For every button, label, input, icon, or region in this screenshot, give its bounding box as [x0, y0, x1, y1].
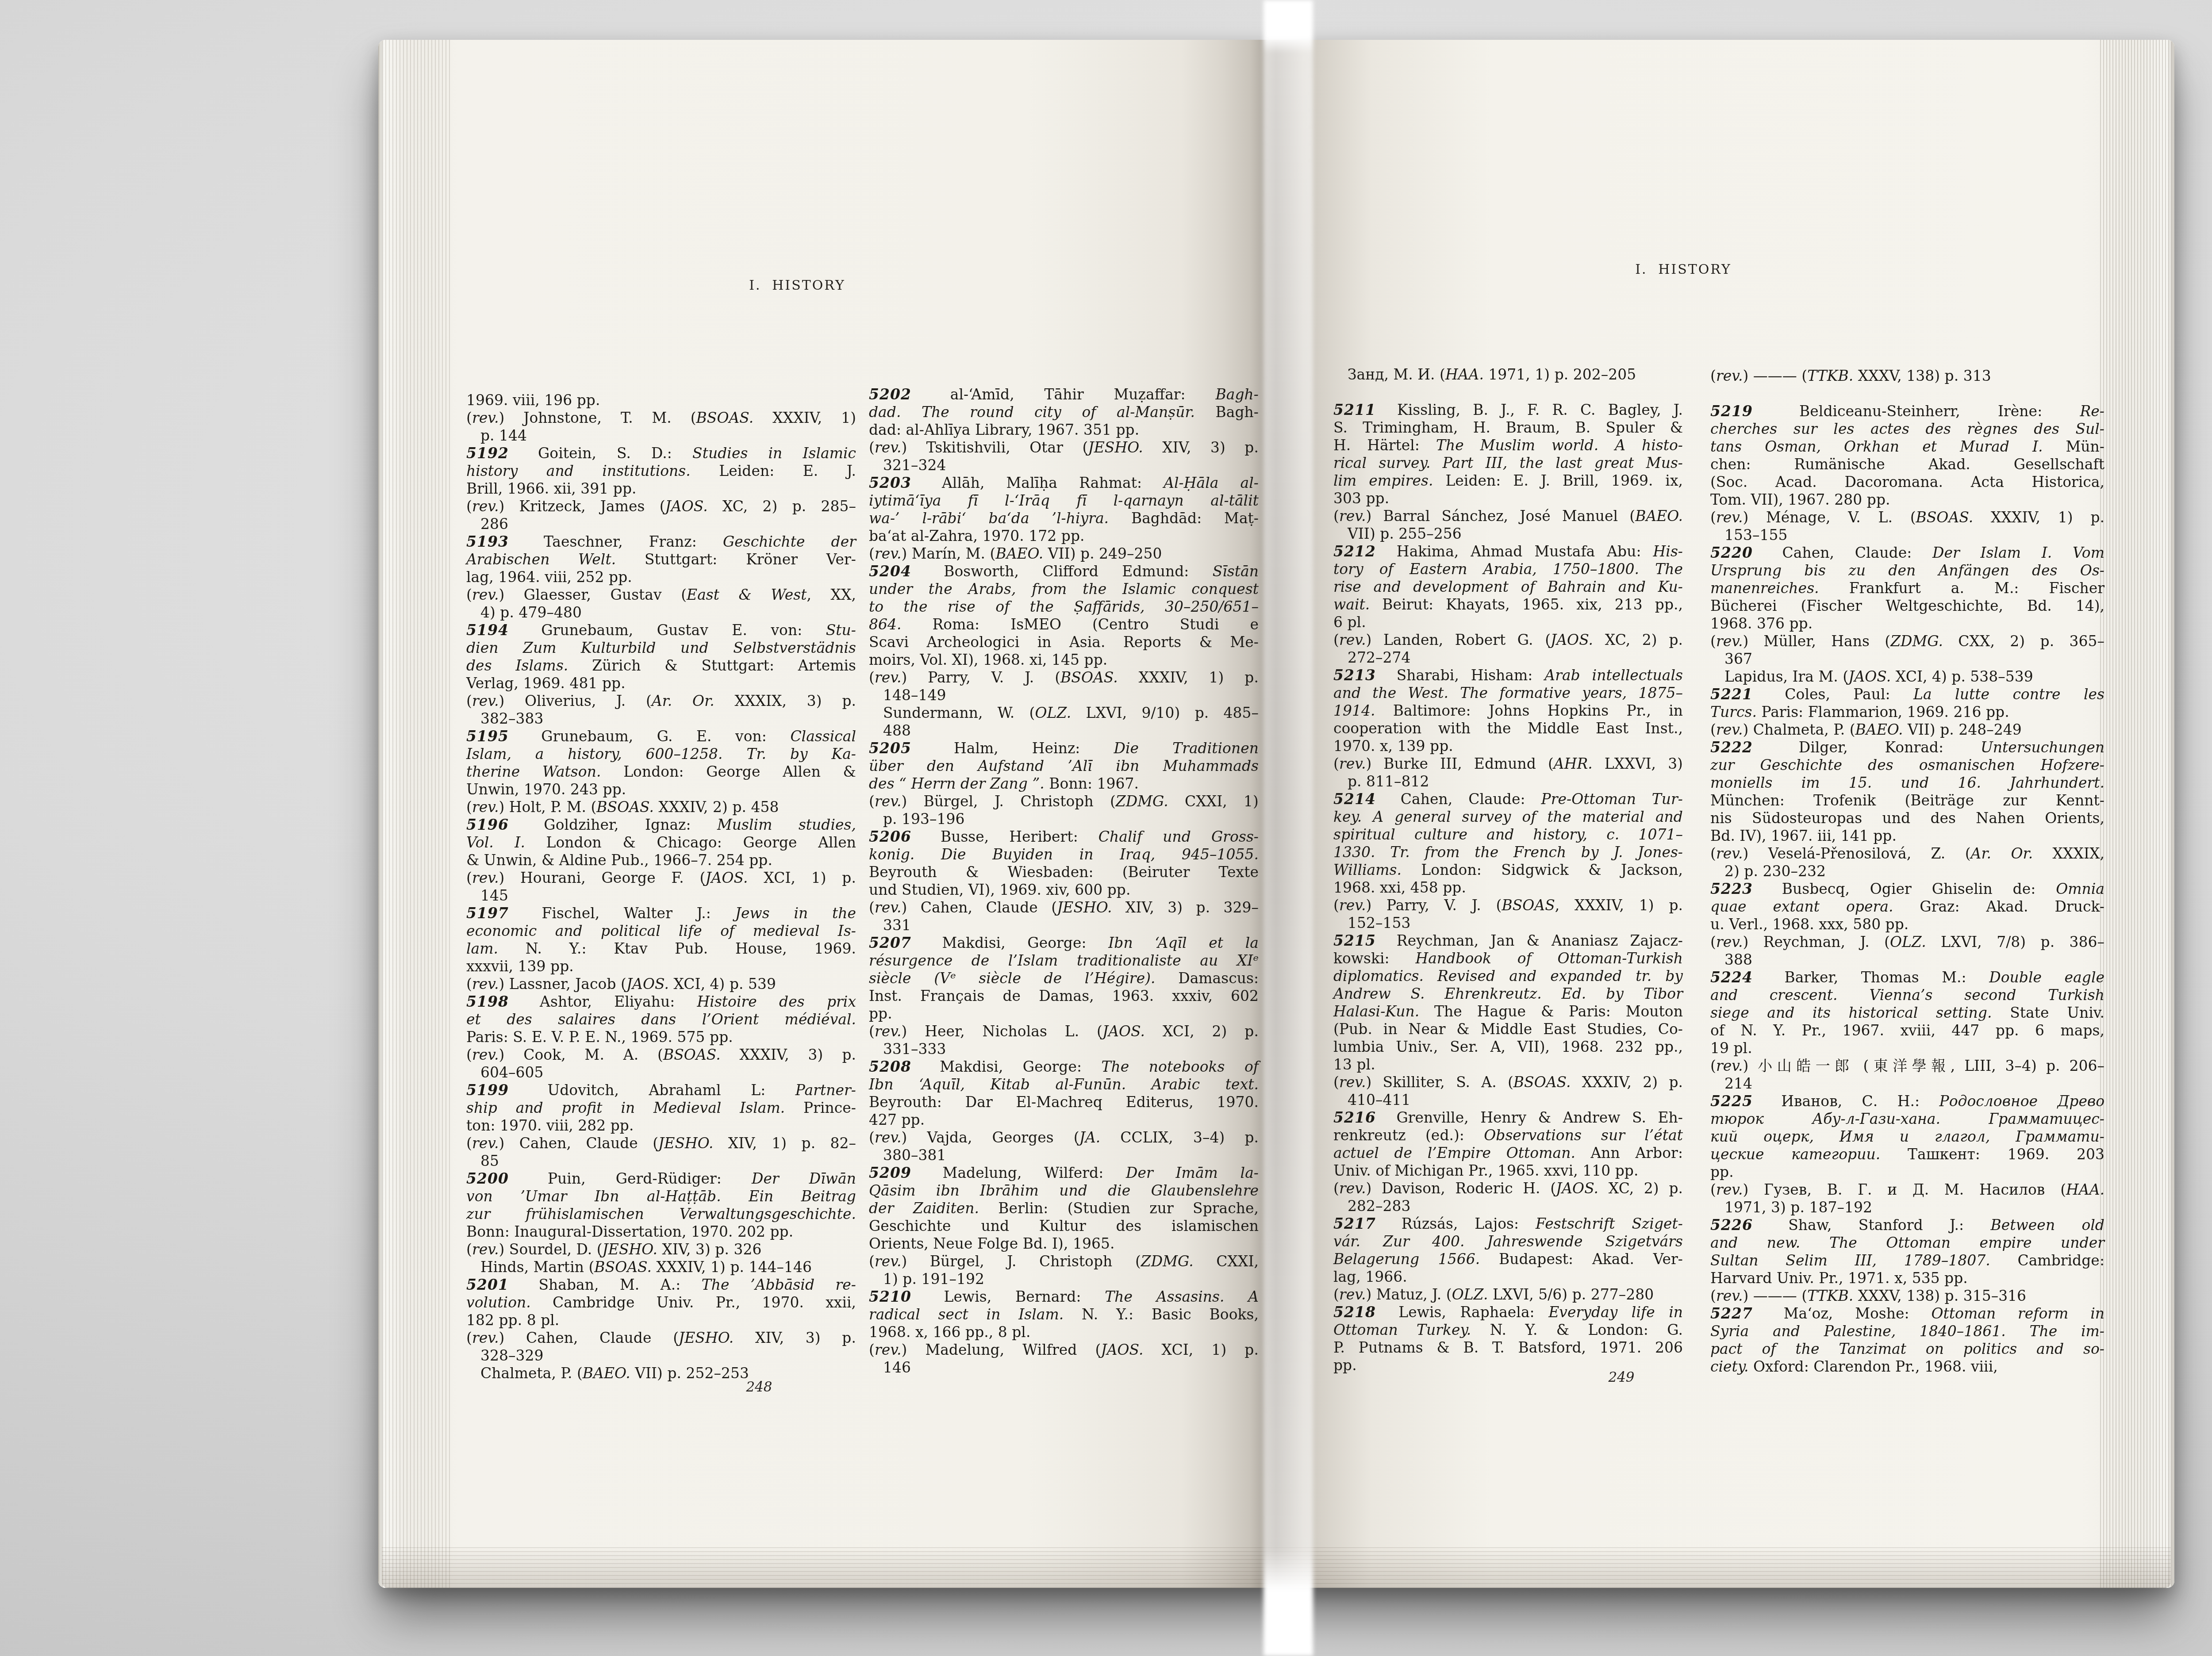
entry-number: 5210	[869, 1288, 911, 1305]
plain-text: 13 pl.	[1333, 1056, 1375, 1073]
italic-text: pact of the Tanzimat on politics and so-	[1710, 1340, 2104, 1357]
plain-text: LXXVI, 3)	[1593, 755, 1683, 772]
text-line: and new. The Ottoman empire under	[1710, 1234, 2104, 1252]
left-page-edge-stack	[378, 40, 453, 1588]
plain-text: moirs, Vol. XI), 1968. xi, 145 pp.	[869, 651, 1107, 668]
text-line: ba‘at al-Zahra, 1970. 172 pp.	[869, 527, 1259, 545]
plain-text: Unwin, 1970. 243 pp.	[466, 781, 626, 798]
plain-text: ) Heer, Nicholas L. (	[901, 1023, 1102, 1040]
text-line: (rev.) Johnstone, T. M. (BSOAS. XXXIV, 1…	[466, 409, 856, 427]
entry-number: 5200	[466, 1170, 509, 1187]
text-line: (rev.) Reychman, J. (OLZ. LXVI, 7/8) p. …	[1710, 933, 2104, 951]
italic-text: BAEO.	[1635, 507, 1683, 525]
plain-text: 4) p. 479–480	[480, 604, 582, 621]
entry-first-line: 5208 Makdisi, George: The notebooks of	[869, 1058, 1259, 1076]
plain-text: XIV, 3) p.	[733, 1329, 856, 1346]
plain-text: ) Cahen, Claude (	[499, 1135, 658, 1152]
plain-text: ) Vajda, Georges (	[901, 1129, 1079, 1146]
italic-text: and new. The Ottoman empire under	[1710, 1234, 2104, 1251]
text-line: (rev.) Cook, M. A. (BSOAS. XXXIV, 3) p.	[466, 1046, 856, 1064]
italic-text: and the West. The formative years, 1875–	[1333, 684, 1683, 701]
entry-first-line: 5209 Madelung, Wilferd: Der Imām la-	[869, 1164, 1259, 1182]
right-page-column-1: Занд, М. И. (HAA. 1971, 1) p. 202–205521…	[1327, 366, 1683, 1374]
italic-text: BSOAS.	[1513, 1073, 1571, 1091]
plain-text: Oxford: Clarendon Pr., 1968. viii,	[1749, 1358, 1998, 1375]
entry-number: 5195	[466, 728, 509, 745]
italic-text: AHR.	[1554, 755, 1593, 772]
text-line: über den Aufstand ’Alī ibn Muhammads	[869, 757, 1259, 775]
text-line: (rev.) 小山皓一郎 (東洋學報, LIII, 3–4) p. 206–	[1710, 1057, 2104, 1075]
plain-text: (	[466, 869, 472, 886]
italic-text: Bagh-	[1216, 386, 1259, 403]
text-line: manenreiches. Frankfurt a. M.: Fischer	[1710, 579, 2104, 597]
plain-text: (	[869, 439, 875, 456]
italic-text: Re-	[2080, 402, 2104, 420]
italic-text: Histoire des prix	[697, 993, 856, 1010]
plain-text: München: Trofenik (Beiträge zur Kennt-	[1710, 792, 2104, 809]
plain-text: XIV, 3) p.	[1143, 439, 1259, 456]
plain-text: (	[466, 586, 472, 603]
text-line: (rev.) Cahen, Claude (JESHO. XIV, 3) p. …	[869, 899, 1259, 916]
right-page-number: 249	[1608, 1369, 1634, 1385]
plain-text: 1971, 3) p. 187–192	[1724, 1199, 1872, 1216]
plain-text: (	[1333, 631, 1339, 648]
plain-text: p. 811–812	[1348, 773, 1429, 790]
text-line: siege and its historical setting. State …	[1710, 1004, 2104, 1022]
text-line: cooperation with the Middle East Inst.,	[1333, 720, 1683, 737]
italic-text: Ottoman Turkey.	[1333, 1321, 1471, 1338]
entry-first-line: 5220 Cahen, Claude: Der Islam I. Vom	[1710, 544, 2104, 562]
plain-text: p. 193–196	[883, 810, 965, 828]
text-line: chen: Rumänische Akad. Gesellschaft	[1710, 456, 2104, 473]
text-line: (rev.) Oliverius, J. (Ar. Or. XXXIX, 3) …	[466, 692, 856, 710]
text-line: (rev.) Landen, Robert G. (JAOS. XC, 2) p…	[1333, 631, 1683, 649]
text-line: renkreutz (ed.): Observations sur l’état	[1333, 1127, 1683, 1144]
plain-text: 152–153	[1348, 914, 1410, 931]
plain-text: Prince-	[785, 1099, 856, 1116]
entry-number: 5221	[1710, 686, 1753, 703]
entry-first-line: 5218 Lewis, Raphaela: Everyday life in	[1333, 1303, 1683, 1321]
text-line: кий оцерк, Имя и глагол, Граммати-	[1710, 1128, 2104, 1146]
plain-text: Bosworth, Clifford Edmund:	[920, 563, 1213, 580]
plain-text: Univ. of Michigan Pr., 1965. xxvi, 110 p…	[1333, 1162, 1638, 1179]
plain-text: (	[466, 975, 472, 993]
text-line: Vol. I. London & Chicago: George Allen	[466, 834, 856, 851]
text-line: diplomatics. Revised and expanded tr. by	[1333, 967, 1683, 985]
italic-text: ZDMG.	[1141, 1253, 1194, 1270]
italic-text: rev.	[472, 409, 499, 426]
plain-text: und Studien, VI), 1969. xiv, 600 pp.	[869, 881, 1130, 898]
italic-text: and crescent. Vienna’s second Turkish	[1710, 986, 2104, 1004]
text-line: Beyrouth: Dar El-Machreq Editerus, 1970.	[869, 1093, 1259, 1111]
text-line: 604–605	[480, 1064, 856, 1081]
text-line: 145	[480, 887, 856, 905]
text-line: 367	[1724, 650, 2104, 668]
text-line: 4) p. 479–480	[480, 604, 856, 621]
plain-text: (	[1333, 507, 1339, 525]
plain-text: ) Cahen, Claude (	[499, 1329, 679, 1346]
italic-text: цеские категории.	[1710, 1146, 1880, 1163]
italic-text: JAOS.	[1101, 1341, 1143, 1358]
plain-text: XXXV, 138) p. 313	[1853, 367, 1991, 384]
text-line: 427 pp.	[869, 1111, 1259, 1129]
plain-text: 153–155	[1724, 526, 1787, 544]
entry-first-line: 5224 Barker, Thomas M.: Double eagle	[1710, 969, 2104, 986]
text-line: цеские категории. Ташкент: 1969. 203	[1710, 1146, 2104, 1163]
plain-text: XXXIV, 1) p.	[1118, 669, 1259, 686]
entry-first-line: 5200 Puin, Gerd-Rüdiger: Der Dīwān	[466, 1170, 856, 1188]
text-line: under the Arabs, from the Islamic conque…	[869, 580, 1259, 598]
text-line: Tom. VII), 1967. 280 pp.	[1710, 491, 2104, 509]
plain-text: ) Johnstone, T. M. (	[499, 409, 696, 426]
text-line: (rev.) Гузев, В. Г. и Д. М. Насилов (HAA…	[1710, 1181, 2104, 1199]
italic-text: rise and development of Bahrain and Ku-	[1333, 578, 1683, 595]
text-line: 19 pl.	[1710, 1039, 2104, 1057]
plain-text: 303 pp.	[1333, 490, 1389, 507]
plain-text: 182 pp. 8 pl.	[466, 1311, 559, 1329]
text-line: moniells im 15. und 16. Jahrhundert.	[1710, 774, 2104, 792]
italic-text: 1914.	[1333, 702, 1375, 719]
italic-text: Der Dīwān	[752, 1170, 856, 1187]
text-line: dien Zum Kulturbild und Selbstverstädnis	[466, 639, 856, 657]
text-line: rical survey. Part III, the last great M…	[1333, 454, 1683, 472]
text-line: (rev.) Bürgel, J. Christoph (ZDMG. CXXI,	[869, 1253, 1259, 1270]
italic-text: dad. The round city of al-Manṣūr.	[869, 403, 1195, 421]
plain-text: ton: 1970. viii, 282 pp.	[466, 1117, 634, 1134]
entry-first-line: 5198 Ashtor, Eliyahu: Histoire des prix	[466, 993, 856, 1011]
text-line: (rev.) Skilliter, S. A. (BSOAS. XXXIV, 2…	[1333, 1073, 1683, 1091]
text-line: vár. Zur 400. Jahreswende Szigetvárs	[1333, 1233, 1683, 1250]
italic-text: quae extant opera.	[1710, 898, 1893, 915]
text-line: Islam, a history, 600–1258. Tr. by Ka-	[466, 745, 856, 763]
entry-first-line: 5223 Busbecq, Ogier Ghiselin de: Omnia	[1710, 880, 2104, 898]
text-line: (rev.) Sourdel, D. (JESHO. XIV, 3) p. 32…	[466, 1241, 856, 1258]
text-line: (rev.) ——— (TTKB. XXXV, 138) p. 313	[1710, 367, 2104, 385]
plain-text: XXXIV, 1) p. 144–146	[652, 1258, 812, 1276]
plain-text: XC, 2) p. 285–	[708, 498, 856, 515]
italic-text: Handbook of Ottoman-Turkish	[1415, 950, 1683, 967]
text-line: wait. Beirut: Khayats, 1965. xix, 213 pp…	[1333, 596, 1683, 613]
plain-text: XCI, 1) p.	[748, 869, 856, 886]
italic-text: BSOAS.	[1916, 509, 1974, 526]
italic-text: tory of Eastern Arabia, 1750–1800. The	[1333, 560, 1683, 578]
text-line: Sundermann, W. (OLZ. LXVI, 9/10) p. 485–	[883, 704, 1259, 722]
text-line: Bd. IV), 1967. iii, 141 pp.	[1710, 827, 2104, 845]
text-line: (rev.) Davison, Roderic H. (JAOS. XC, 2)…	[1333, 1180, 1683, 1197]
text-line: Turcs. Paris: Flammarion, 1969. 216 pp.	[1710, 703, 2104, 721]
italic-text: JESHO.	[658, 1135, 713, 1152]
text-line: Univ. of Michigan Pr., 1965. xxvi, 110 p…	[1333, 1162, 1683, 1180]
plain-text: 272–274	[1348, 649, 1410, 666]
plain-text: Beyrouth & Wiesbaden: (Beiruter Texte	[869, 863, 1259, 881]
plain-text: Leiden: E. J. Brill, 1969. ix,	[1433, 472, 1683, 489]
plain-text: 410–411	[1348, 1091, 1410, 1108]
entry-number: 5196	[466, 816, 509, 833]
entry-first-line: 5197 Fischel, Walter J.: Jews in the	[466, 905, 856, 922]
italic-text: Der Imām la-	[1126, 1164, 1259, 1181]
italic-text: Vol. I.	[466, 834, 525, 851]
plain-text: Tom. VII), 1967. 280 pp.	[1710, 491, 1890, 508]
plain-text: p. 144	[480, 427, 527, 444]
plain-text: XCI, 1) p.	[1143, 1341, 1259, 1358]
italic-text: Родословное Древо	[1939, 1092, 2105, 1110]
plain-text: (	[1333, 1180, 1339, 1197]
italic-text: rev.	[1339, 631, 1366, 648]
plain-text: Grunebaum, Gustav E. von:	[518, 621, 826, 639]
plain-text: ) Holt, P. M. (	[499, 798, 596, 816]
plain-text: ) Veselá-Přenosilová, Z. (	[1743, 845, 1970, 862]
plain-text: (	[869, 1341, 875, 1358]
italic-text: wa-’ l-rābi‘ ba‘da ’l-hiyra.	[869, 510, 1109, 527]
italic-text: rev.	[1716, 721, 1743, 738]
plain-text: Lewis, Bernard:	[920, 1288, 1105, 1305]
text-line: Bücherei (Fischer Weltgeschichte, Bd. 14…	[1710, 597, 2104, 615]
italic-text: BSOAS	[1502, 897, 1555, 914]
text-line: lag, 1966.	[1333, 1268, 1683, 1286]
italic-text: Ottoman reform in	[1931, 1305, 2104, 1322]
plain-text: ) Sourdel, D. (	[499, 1241, 602, 1258]
plain-text: Sharabi, Hisham:	[1385, 667, 1544, 684]
text-line: xxxvii, 139 pp.	[466, 958, 856, 975]
text-line: 1) p. 191–192	[883, 1270, 1259, 1288]
italic-text: HAA.	[2066, 1181, 2104, 1198]
entry-number: 5207	[869, 934, 911, 951]
plain-text: 1969. viii, 196 pp.	[466, 391, 600, 409]
italic-text: cherches sur les actes des règnes des Su…	[1710, 420, 2104, 437]
italic-text: Die Traditionen	[1114, 740, 1259, 757]
text-line: 388	[1724, 951, 2104, 969]
text-line: (rev.) Heer, Nicholas L. (JAOS. XCI, 2) …	[869, 1023, 1259, 1040]
text-line: lumbia Univ., Ser. A, VII), 1968. 232 pp…	[1333, 1038, 1683, 1056]
plain-text: Grunebaum, G. E. von:	[518, 728, 791, 745]
plain-text: 282–283	[1348, 1197, 1410, 1215]
entry-first-line: 5193 Taeschner, Franz: Geschichte der	[466, 533, 856, 551]
text-line: der Zaiditen. Berlin: (Studien zur Sprac…	[869, 1200, 1259, 1217]
text-line: 382–383	[480, 710, 856, 728]
entry-number: 5203	[869, 474, 911, 491]
plain-text: Cahen, Claude:	[1385, 790, 1541, 808]
italic-text: ship and profit in Medieval Islam.	[466, 1099, 785, 1116]
right-running-head: I. HISTORY	[1635, 262, 1732, 277]
italic-text: siècle (Vᵉ siècle de l’Hégire).	[869, 970, 1156, 987]
entry-number: 5199	[466, 1081, 509, 1099]
plain-text: cooperation with the Middle East Inst.,	[1333, 720, 1683, 737]
plain-text: London: George Allen &	[601, 763, 856, 780]
plain-text: 6 pl.	[1333, 613, 1366, 631]
text-line: pact of the Tanzimat on politics and so-	[1710, 1340, 2104, 1358]
plain-text: N. Y.: Basic Books,	[1064, 1306, 1259, 1323]
italic-text: zur Geschichte des osmanischen Hofzere-	[1710, 756, 2104, 774]
plain-text: ) Kritzeck, James (	[499, 498, 665, 515]
italic-text: JAOS.	[626, 975, 669, 993]
plain-text: XXXIV, 2) p. 458	[654, 798, 779, 816]
entry-first-line: 5211 Kissling, B. J., F. R. C. Bagley, J…	[1333, 401, 1683, 419]
plain-text: Goldziher, Ignaz:	[518, 816, 717, 833]
italic-text: JA.	[1079, 1129, 1101, 1146]
entry-first-line: 5201 Shaban, M. A.: The ’Abbāsid re-	[466, 1276, 856, 1294]
italic-text: BSOAS.	[596, 798, 654, 816]
plain-text: 1968. x, 166 pp., 8 pl.	[869, 1323, 1030, 1341]
text-line: Geschichte und Kultur des islamischen	[869, 1217, 1259, 1235]
italic-text: siege and its historical setting.	[1710, 1004, 1992, 1021]
plain-text: (	[466, 692, 472, 709]
plain-text: (	[1710, 1181, 1716, 1198]
plain-text: ) ——— (	[1743, 367, 1807, 384]
plain-text: 1970. x, 139 pp.	[1333, 737, 1453, 755]
text-line: lim empires. Leiden: E. J. Brill, 1969. …	[1333, 472, 1683, 490]
italic-text: rev.	[875, 899, 902, 916]
text-line: rise and development of Bahrain and Ku-	[1333, 578, 1683, 596]
text-line: history and institutions. Leiden: E. J.	[466, 462, 856, 480]
italic-text: rev.	[472, 586, 499, 603]
text-line: (rev.) Parry, V. J. (BSOAS, XXXIV, 1) p.	[1333, 897, 1683, 914]
plain-text: Beirut: Khayats, 1965. xix, 213 pp.,	[1370, 596, 1683, 613]
italic-text: JAOS.	[1102, 1023, 1145, 1040]
italic-text: iytimā‘īya fī l-‘Irāq fī l-qarnayn al-tā…	[869, 492, 1259, 509]
plain-text: Graz: Akad. Druck-	[1893, 898, 2104, 915]
plain-text: 604–605	[480, 1064, 543, 1081]
plain-text: XCI, 4) p. 539	[669, 975, 776, 993]
plain-text: Hinds, Martin (	[480, 1258, 594, 1276]
entry-number: 5214	[1333, 790, 1376, 808]
italic-text: Andrew S. Ehrenkreutz. Ed. by Tibor	[1333, 985, 1683, 1002]
plain-text: Bonn: Inaugural-Dissertation, 1970. 202 …	[466, 1223, 793, 1240]
plain-text: (	[466, 409, 472, 426]
italic-text: Al-Ḥāla al-	[1164, 474, 1259, 491]
plain-text: 146	[883, 1359, 911, 1376]
entry-number: 5222	[1710, 739, 1753, 756]
italic-text: rev.	[472, 498, 499, 515]
italic-text: rev.	[1716, 632, 1743, 650]
text-line: (rev.) Kritzeck, James (JAOS. XC, 2) p. …	[466, 498, 856, 515]
entry-number: 5219	[1710, 402, 1753, 420]
text-line: 1971, 3) p. 187–192	[1724, 1199, 2104, 1216]
italic-text: rev.	[472, 869, 499, 886]
text-line: to the rise of the Ṣaffārids, 30–250/651…	[869, 598, 1259, 616]
plain-text: 1971, 1) p. 202–205	[1484, 366, 1636, 383]
plain-text: 85	[480, 1152, 499, 1169]
text-line: ciety. Oxford: Clarendon Pr., 1968. viii…	[1710, 1358, 2104, 1376]
plain-text: Goitein, S. D.:	[518, 445, 692, 462]
plain-text: (Soc. Acad. Dacoromana. Acta Historica,	[1710, 473, 2104, 491]
text-line: 1968. 376 pp.	[1710, 615, 2104, 632]
text-line: 214	[1724, 1075, 2104, 1092]
text-line: tory of Eastern Arabia, 1750–1800. The	[1333, 560, 1683, 578]
entry-number: 5193	[466, 533, 509, 550]
entry-number: 5227	[1710, 1305, 1753, 1322]
italic-text: The notebooks of	[1102, 1058, 1259, 1075]
plain-text: Scavi Archeologici in Asia. Reports & Me…	[869, 633, 1259, 651]
italic-text: Sīstān	[1213, 563, 1259, 580]
entry-first-line: 5212 Hakima, Ahmad Mustafa Abu: His-	[1333, 543, 1683, 560]
entry-first-line: 5222 Dilger, Konrad: Untersuchungen	[1710, 739, 2104, 756]
entry-first-line: 5214 Cahen, Claude: Pre-Ottoman Tur-	[1333, 790, 1683, 808]
plain-text: 1968. 376 pp.	[1710, 615, 1813, 632]
entry-number: 5224	[1710, 969, 1753, 986]
plain-text: 321–324	[883, 456, 946, 474]
italic-text: Ursprung bis zu den Anfängen des Os-	[1710, 562, 2104, 579]
plain-text: Paris: Flammarion, 1969. 216 pp.	[1757, 703, 2009, 721]
plain-text: Verlag, 1969. 481 pp.	[466, 675, 626, 692]
plain-text: 328–329	[480, 1347, 543, 1364]
text-line: moirs, Vol. XI), 1968. xi, 145 pp.	[869, 651, 1259, 669]
plain-text: Brill, 1966. xii, 391 pp.	[466, 480, 637, 497]
plain-text: (	[869, 899, 875, 916]
plain-text: Grenville, Henry & Andrew S. Eh-	[1385, 1109, 1683, 1126]
plain-text: ) Davison, Roderic H. (	[1366, 1180, 1556, 1197]
entry-number: 5215	[1333, 932, 1376, 949]
plain-text: pp.	[1710, 1163, 1734, 1181]
text-line: Paris: S. E. V. P. E. N., 1969. 575 pp.	[466, 1028, 856, 1046]
text-line: ship and profit in Medieval Islam. Princ…	[466, 1099, 856, 1117]
text-line: (Pub. in Near & Middle East Studies, Co-	[1333, 1020, 1683, 1038]
text-line: 2) p. 230–232	[1724, 862, 2104, 880]
text-line: siècle (Vᵉ siècle de l’Hégire). Damascus…	[869, 970, 1259, 987]
italic-text: key. A general survey of the material an…	[1333, 808, 1683, 825]
italic-text: rev.	[1716, 933, 1743, 951]
italic-text: OLZ.	[1452, 1286, 1488, 1303]
plain-text: (	[1333, 1073, 1339, 1091]
text-line: Belagerung 1566. Budapest: Akad. Ver-	[1333, 1250, 1683, 1268]
plain-text: ) Bürgel, J. Christoph (	[901, 1253, 1141, 1270]
plain-text: Taeschner, Franz:	[518, 533, 723, 550]
plain-text: VII) p. 248–249	[1903, 721, 2021, 738]
text-line: P. Putnams & B. T. Batsford, 1971. 206	[1333, 1339, 1683, 1357]
text-line: dad: al-Ahlīya Library, 1967. 351 pp.	[869, 421, 1259, 439]
plain-text: Paris: S. E. V. P. E. N., 1969. 575 pp.	[466, 1028, 733, 1046]
text-line: (rev.) Bürgel, J. Christoph (ZDMG. CXXI,…	[869, 793, 1259, 810]
italic-text: JESHO.	[679, 1329, 733, 1346]
text-line: (rev.) Glaesser, Gustav (East & West, XX…	[466, 586, 856, 604]
italic-text: Ibn ‘Aqīl et la	[1108, 934, 1259, 951]
italic-text: Belagerung 1566.	[1333, 1250, 1480, 1268]
entry-number: 5209	[869, 1164, 911, 1181]
plain-text: (	[1710, 933, 1716, 951]
plain-text: Harvard Univ. Pr., 1971. x, 535 pp.	[1710, 1269, 1968, 1287]
plain-text: lag, 1966.	[1333, 1268, 1407, 1285]
plain-text: (	[1710, 632, 1716, 650]
plain-text: 380–381	[883, 1146, 946, 1164]
text-line: u. Verl., 1968. xxx, 580 pp.	[1710, 916, 2104, 933]
plain-text: renkreutz (ed.):	[1333, 1127, 1484, 1144]
plain-text: (	[1333, 755, 1339, 772]
italic-text: moniells im 15. und 16. Jahrhundert.	[1710, 774, 2104, 791]
plain-text: ) Parry, V. J. (	[1366, 897, 1502, 914]
plain-text: Cambridge:	[1990, 1252, 2104, 1269]
text-line: (rev.) Ménage, V. L. (BSOAS. XXXIV, 1) p…	[1710, 509, 2104, 526]
plain-text: London: Sidgwick & Jackson,	[1402, 861, 1683, 878]
italic-text: Between old	[1991, 1216, 2104, 1234]
plain-text: u. Verl., 1968. xxx, 580 pp.	[1710, 916, 1909, 933]
italic-text: rev.	[472, 692, 499, 709]
entry-number: 5192	[466, 445, 509, 462]
text-line: 1914. Baltimore: Johns Hopkins Pr., in	[1333, 702, 1683, 720]
italic-text: Der Islam I. Vom	[1932, 544, 2104, 561]
italic-text: Partner-	[795, 1081, 856, 1099]
italic-text: rev.	[875, 793, 902, 810]
italic-text: JESHO.	[1057, 899, 1112, 916]
italic-text: under the Arabs, from the Islamic conque…	[869, 580, 1259, 598]
text-line: Scavi Archeologici in Asia. Reports & Me…	[869, 633, 1259, 651]
plain-text: , XX,	[806, 586, 856, 603]
text-line: des “ Herrn der Zang ”. Bonn: 1967.	[869, 775, 1259, 793]
plain-text: nis Südosteuropas und des Nahen Orients,	[1710, 809, 2104, 827]
italic-text: BAEO.	[1855, 721, 1903, 738]
text-line: therine Watson. London: George Allen &	[466, 763, 856, 781]
plain-text: (	[466, 1135, 472, 1152]
plain-text: CXXI, 1)	[1168, 793, 1259, 810]
italic-text: OLZ.	[1890, 933, 1926, 951]
